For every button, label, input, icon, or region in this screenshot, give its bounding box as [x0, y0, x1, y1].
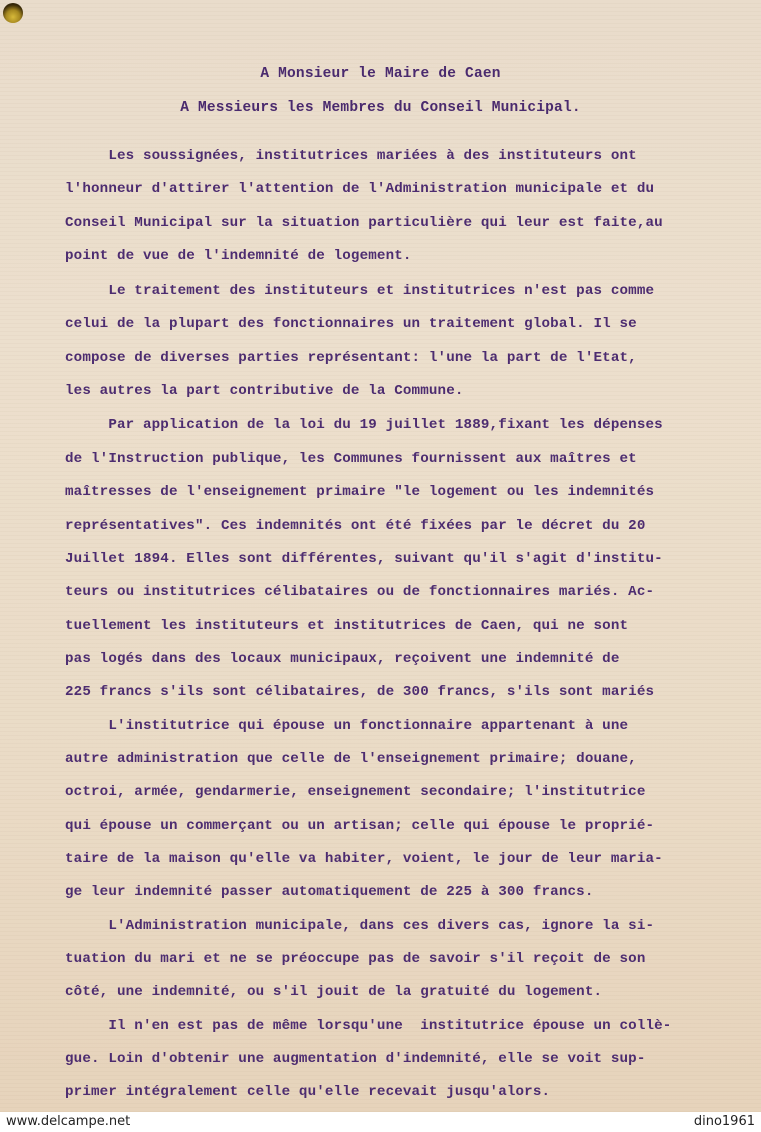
footer-seller-name: dino1961	[694, 1114, 755, 1129]
text-line: côté, une indemnité, ou s'il jouit de la…	[65, 984, 602, 1000]
text-line: Il n'en est pas de même lorsqu'une insti…	[65, 1018, 671, 1034]
text-line: qui épouse un commerçant ou un artisan; …	[65, 818, 654, 834]
text-line: point de vue de l'indemnité de logement.	[65, 248, 412, 264]
text-line: compose de diverses parties représentant…	[65, 350, 637, 366]
text-line: pas logés dans des locaux municipaux, re…	[65, 651, 620, 667]
address-line-council: A Messieurs les Membres du Conseil Munic…	[0, 100, 761, 116]
footer-site-link[interactable]: www.delcampe.net	[6, 1114, 130, 1129]
text-line: gue. Loin d'obtenir une augmentation d'i…	[65, 1051, 645, 1067]
text-line: primer intégralement celle qu'elle recev…	[65, 1084, 550, 1100]
text-line: tuellement les instituteurs et institutr…	[65, 618, 628, 634]
text-line: ge leur indemnité passer automatiquement…	[65, 884, 594, 900]
text-line: 225 francs s'ils sont célibataires, de 3…	[65, 684, 654, 700]
text-line: maîtresses de l'enseignement primaire "l…	[65, 484, 654, 500]
text-line: autre administration que celle de l'ense…	[65, 751, 637, 767]
text-line: L'institutrice qui épouse un fonctionnai…	[65, 718, 628, 734]
text-line: Juillet 1894. Elles sont différentes, su…	[65, 551, 663, 567]
document-page: A Monsieur le Maire de Caen A Messieurs …	[0, 0, 761, 1112]
address-line-mayor: A Monsieur le Maire de Caen	[0, 66, 761, 82]
text-line: Par application de la loi du 19 juillet …	[65, 417, 663, 433]
text-line: Les soussignées, institutrices mariées à…	[65, 148, 637, 164]
watermark-footer: www.delcampe.net dino1961	[0, 1114, 761, 1132]
text-line: tuation du mari et ne se préoccupe pas d…	[65, 951, 645, 967]
text-line: de l'Instruction publique, les Communes …	[65, 451, 637, 467]
text-line: Le traitement des instituteurs et instit…	[65, 283, 654, 299]
text-line: Conseil Municipal sur la situation parti…	[65, 215, 663, 231]
text-line: teurs ou institutrices célibataires ou d…	[65, 584, 654, 600]
text-line: celui de la plupart des fonctionnaires u…	[65, 316, 637, 332]
text-line: octroi, armée, gendarmerie, enseignement…	[65, 784, 645, 800]
brass-grommet-icon	[3, 3, 23, 23]
text-line: L'Administration municipale, dans ces di…	[65, 918, 654, 934]
text-line: les autres la part contributive de la Co…	[65, 383, 464, 399]
text-line: l'honneur d'attirer l'attention de l'Adm…	[65, 181, 654, 197]
text-line: représentatives". Ces indemnités ont été…	[65, 518, 645, 534]
text-line: taire de la maison qu'elle va habiter, v…	[65, 851, 663, 867]
